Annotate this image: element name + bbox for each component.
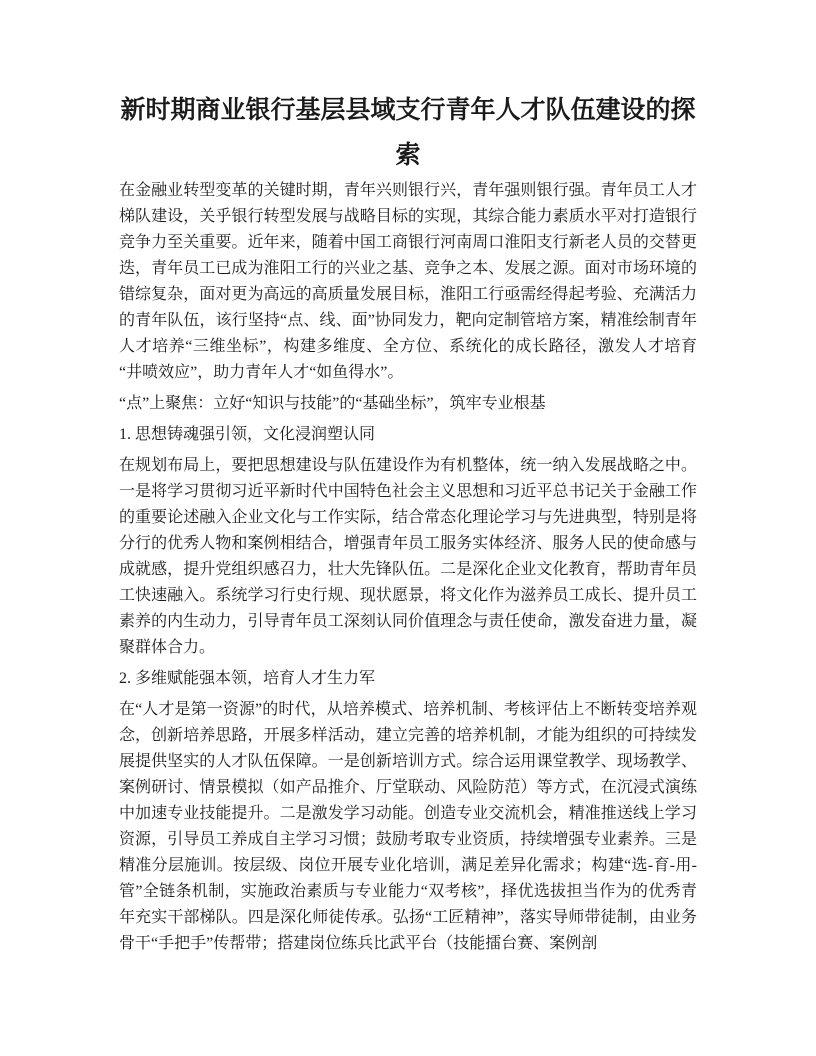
section-heading-point: “点”上聚焦：立好“知识与技能”的“基础坐标”，筑牢专业根基 <box>119 391 697 417</box>
document-page: 新时期商业银行基层县域支行青年人才队伍建设的探索 在金融业转型变革的关键时期，青… <box>0 0 816 1056</box>
subsection-1-paragraph: 在规划布局上，要把思想建设与队伍建设作为有机整体，统一纳入发展战略之中。一是将学… <box>119 453 697 661</box>
subsection-heading-1: 1. 思想铸魂强引领，文化浸润塑认同 <box>119 422 697 448</box>
subsection-2-paragraph: 在“人才是第一资源”的时代，从培养模式、培养机制、考核评估上不断转变培养观念，创… <box>119 697 697 957</box>
intro-paragraph: 在金融业转型变革的关键时期，青年兴则银行兴，青年强则银行强。青年员工人才梯队建设… <box>119 178 697 386</box>
subsection-heading-2: 2. 多维赋能强本领，培育人才生力军 <box>119 666 697 692</box>
document-title: 新时期商业银行基层县域支行青年人才队伍建设的探索 <box>119 88 697 178</box>
